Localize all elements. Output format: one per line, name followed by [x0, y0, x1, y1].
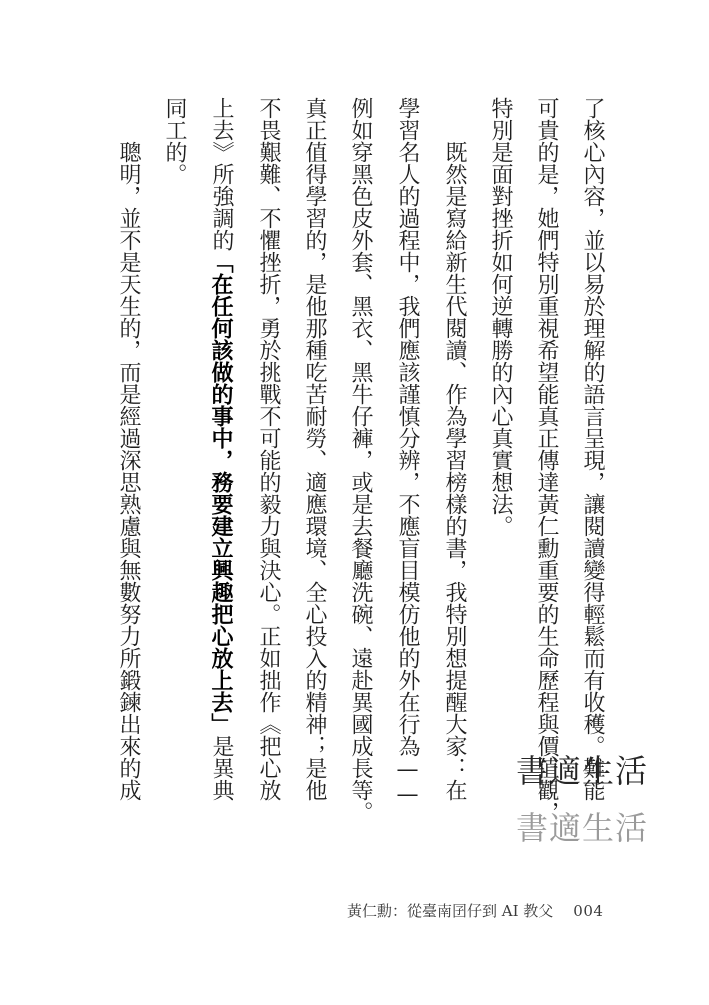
text-column-7: 真正值得學習的，是他那種吃苦耐勞、適應環境、全心投入的精神；是他 — [303, 97, 325, 801]
page-footer: 黃仁勳：從臺南囝仔到 AI 教父004 — [347, 902, 603, 920]
column-9-before: 上去》所強調的 — [209, 97, 234, 251]
paragraph-start-column-11: 聰明，並不是天生的，而是經過深思熟慮與無數努力所鍛鍊出來的成 — [117, 141, 139, 845]
column-9-after: 是異典 — [209, 735, 234, 801]
text-column-10: 同工的。 — [163, 97, 185, 801]
running-title: 黃仁勳：從臺南囝仔到 AI 教父 — [347, 902, 553, 920]
watermark-dark: 書適生活 — [516, 755, 648, 787]
text-column-1: 了核心內容，並以易於理解的語言呈現，讓閱讀變得輕鬆而有收穫。難能 — [581, 97, 603, 801]
book-page: 了核心內容，並以易於理解的語言呈現，讓閱讀變得輕鬆而有收穫。難能 可貴的是，她們… — [0, 0, 709, 1005]
text-column-6: 例如穿黑色皮外套、黑衣、黑牛仔褲，或是去餐廳洗碗、遠赴異國成長等。 — [349, 97, 371, 801]
text-column-3: 特別是面對挫折如何逆轉勝的內心真實想法。 — [489, 97, 511, 801]
text-column-9: 上去》所強調的「在任何該做的事中，務要建立興趣把心放上去」是異典 — [210, 97, 232, 801]
bold-quote: 「在任何該做的事中，務要建立興趣把心放上去」 — [208, 251, 234, 735]
paragraph-start-column-4: 既然是寫給新生代閱讀、作為學習榜樣的書，我特別想提醒大家：在 — [443, 141, 465, 845]
text-column-8: 不畏艱難、不懼挫折，勇於挑戰不可能的毅力與決心。正如拙作《把心放 — [257, 97, 279, 801]
watermark-gray: 書適生活 — [516, 812, 648, 844]
text-column-2: 可貴的是，她們特別重視希望能真正傳達黃仁勳重要的生命歷程與價值觀， — [535, 97, 557, 801]
page-number: 004 — [573, 902, 603, 920]
text-column-5: 學習名人的過程中，我們應該謹慎分辨，不應盲目模仿他的外在行為—— — [396, 97, 418, 801]
